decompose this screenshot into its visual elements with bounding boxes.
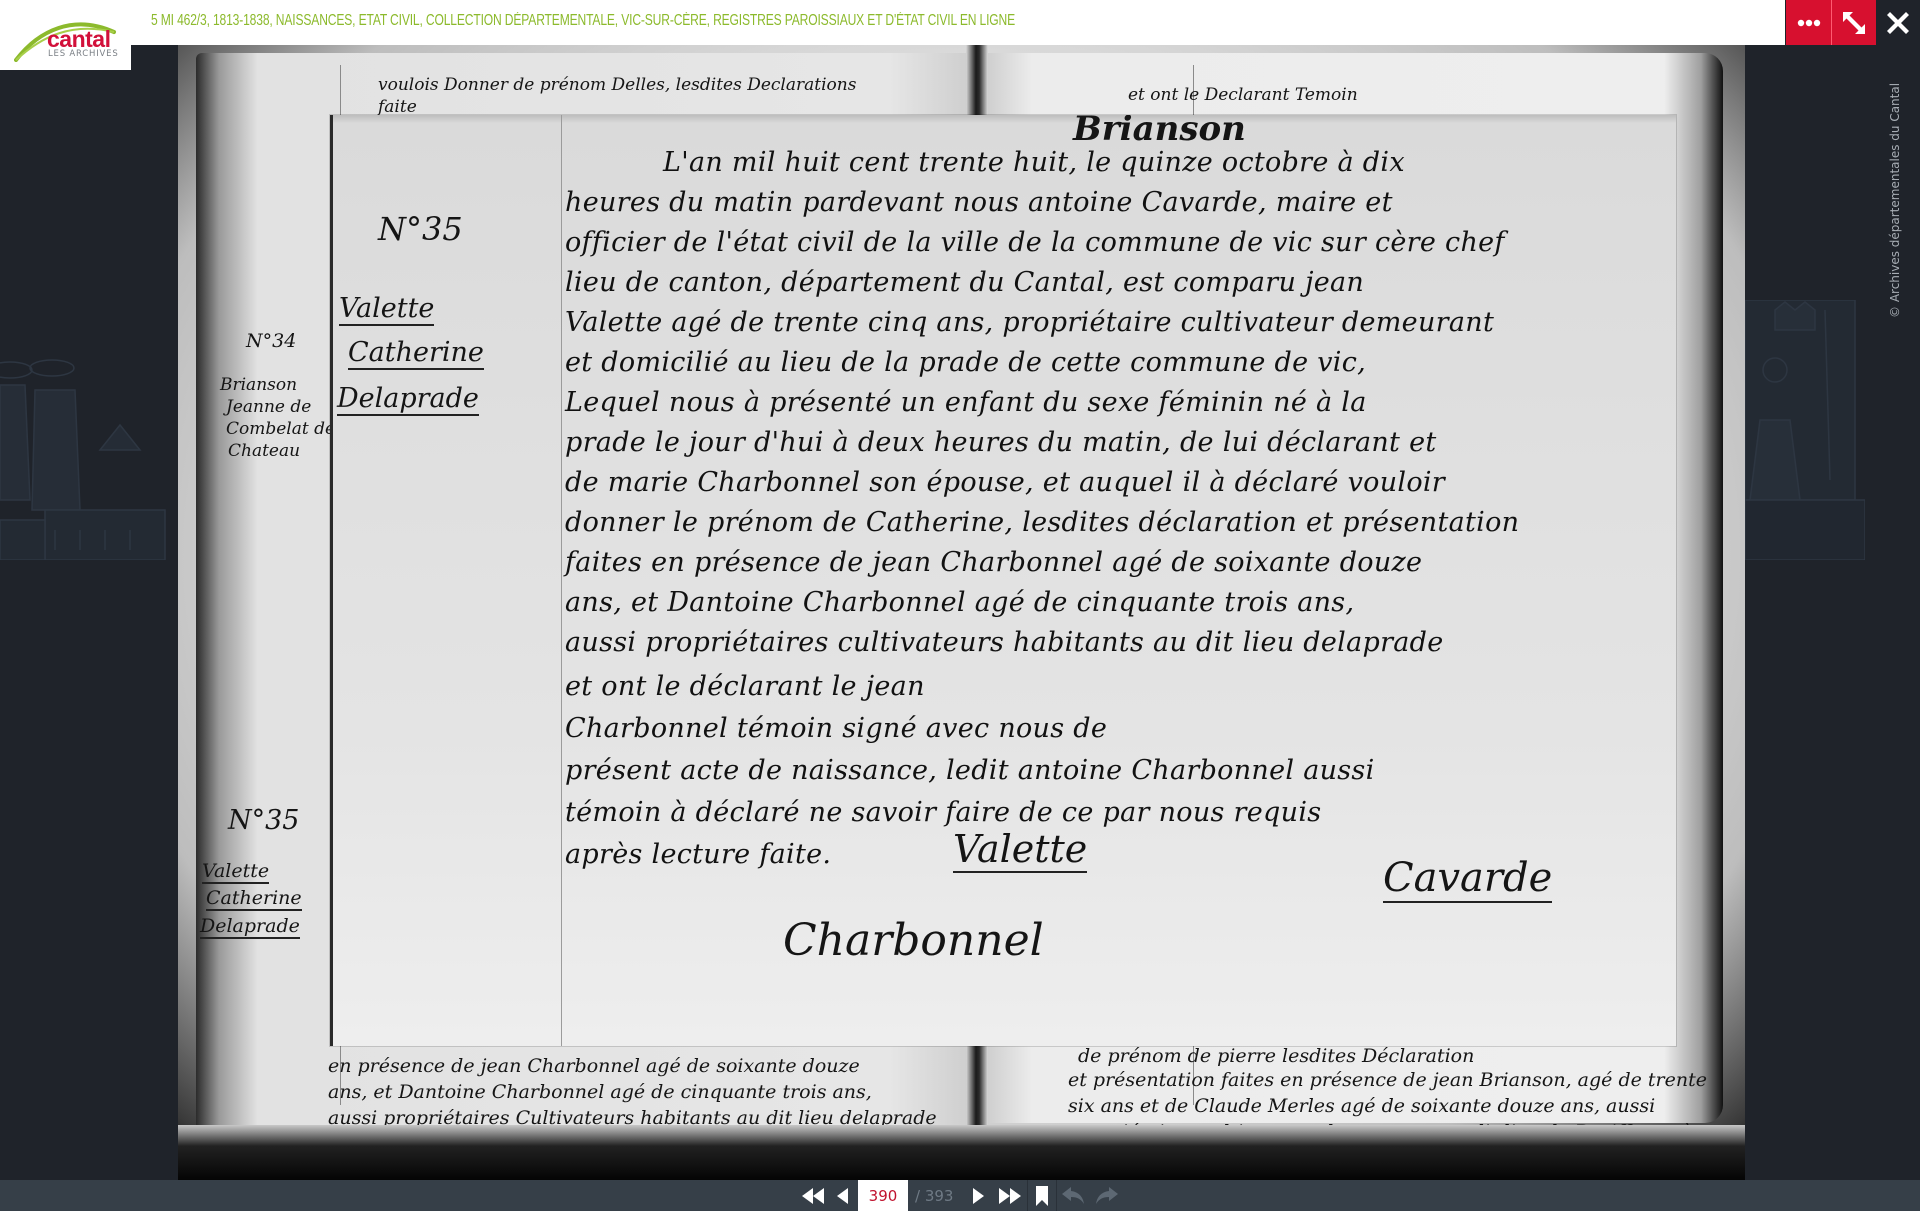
document-image-viewer[interactable]: voulois Donner de prénom Delles, lesdite…	[178, 45, 1745, 1180]
act-line-17: témoin à déclaré ne savoir faire de ce p…	[565, 797, 1321, 828]
act-line-3: officier de l'état civil de la ville de …	[565, 227, 1505, 258]
act-line-18: après lecture faite.	[565, 839, 831, 870]
next-page-icon	[973, 1188, 984, 1204]
bookmark-icon	[1036, 1186, 1048, 1206]
current-page-input[interactable]	[858, 1180, 908, 1211]
document-title: 5 MI 462/3, 1813-1838, NAISSANCES, ETAT …	[151, 12, 1015, 30]
scan-left-bottom-line-1: en présence de jean Charbonnel agé de so…	[328, 1055, 860, 1077]
magnifier-top-edge	[333, 115, 1676, 123]
scan-left-bottom-line-2: ans, et Dantoine Charbonnel agé de cinqu…	[328, 1081, 872, 1103]
previous-page-button[interactable]	[832, 1180, 852, 1211]
margin-entry-35-number: N°35	[228, 805, 299, 836]
more-options-button[interactable]	[1786, 0, 1831, 45]
margin-entry-34-name-4: Chateau	[228, 441, 300, 461]
scan-right-top-line: et ont le Declarant Temoin	[1128, 85, 1358, 105]
undo-icon	[1062, 1187, 1086, 1205]
close-x-icon	[1886, 11, 1910, 35]
toolbar-separator	[1056, 1180, 1057, 1211]
first-page-button[interactable]	[800, 1180, 826, 1211]
page-navigation-toolbar: / 393	[0, 1180, 1920, 1211]
act-line-12: ans, et Dantoine Charbonnel agé de cinqu…	[565, 587, 1354, 618]
scan-left-top-line-2: faite	[378, 97, 417, 117]
decorative-figures-illustration	[0, 330, 178, 560]
page-bottom-shadow	[178, 1125, 1745, 1180]
signature-charbonnel: Charbonnel	[783, 915, 1044, 966]
act-line-11: faites en présence de jean Charbonnel ag…	[565, 547, 1422, 578]
act-line-9: de marie Charbonnel son épouse, et auque…	[565, 467, 1445, 498]
scan-right-bottom-line-2: et présentation faites en présence de je…	[1068, 1069, 1707, 1091]
decorative-king-card-illustration	[1745, 300, 1865, 560]
act-line-4: lieu de canton, département du Cantal, e…	[565, 267, 1364, 298]
toolbar-separator	[1027, 1180, 1028, 1211]
magnifier-header-fragment: Brianson	[1073, 115, 1246, 149]
redo-icon	[1094, 1187, 1118, 1205]
margin-entry-34-number: N°34	[246, 330, 296, 352]
margin-entry-35-name-3: Delaprade	[200, 915, 300, 939]
scan-right-bottom-line-1: de prénom de pierre lesdites Déclaration	[1078, 1045, 1474, 1067]
act-line-16: présent acte de naissance, ledit antoine…	[565, 755, 1375, 786]
margin-entry-35-name-2: Catherine	[206, 887, 302, 911]
cantal-logo[interactable]: cantal LES ARCHIVES	[0, 0, 131, 70]
magnifier-margin-number: N°35	[378, 210, 463, 248]
act-line-10: donner le prénom de Catherine, lesdites …	[565, 507, 1519, 538]
signature-valette: Valette	[953, 827, 1087, 873]
copyright-notice: © Archives départementales du Cantal	[1888, 83, 1902, 318]
previous-page-icon	[837, 1188, 848, 1204]
act-line-2: heures du matin pardevant nous antoine C…	[565, 187, 1393, 218]
close-button[interactable]	[1876, 0, 1920, 45]
act-line-1: L'an mil huit cent trente huit, le quinz…	[663, 147, 1405, 178]
expand-arrows-icon	[1840, 9, 1868, 37]
scan-left-top-line-1: voulois Donner de prénom Delles, lesdite…	[378, 75, 856, 95]
undo-button[interactable]	[1060, 1180, 1088, 1211]
margin-entry-34-name-1: Brianson	[220, 375, 297, 395]
margin-entry-35-name-1: Valette	[202, 860, 269, 884]
first-page-icon	[802, 1188, 824, 1204]
scan-right-bottom-line-3: six ans et de Claude Merles agé de soixa…	[1068, 1095, 1655, 1117]
last-page-button[interactable]	[996, 1180, 1024, 1211]
redo-button[interactable]	[1092, 1180, 1120, 1211]
act-line-8: prade le jour d'hui à deux heures du mat…	[565, 427, 1437, 458]
magnifier-lens[interactable]: Brianson N°35 Valette Catherine Delaprad…	[330, 115, 1676, 1046]
margin-entry-34-name-2: Jeanne de	[226, 397, 311, 417]
magnifier-margin-line	[561, 115, 562, 1046]
bookmark-button[interactable]	[1031, 1180, 1053, 1211]
signature-cavarde: Cavarde	[1383, 855, 1552, 903]
ellipsis-icon	[1797, 19, 1821, 27]
total-pages-label: / 393	[915, 1187, 953, 1205]
logo-subtitle: LES ARCHIVES	[48, 49, 119, 59]
last-page-icon	[999, 1188, 1021, 1204]
act-line-14: et ont le déclarant le jean	[565, 671, 925, 702]
next-page-button[interactable]	[968, 1180, 988, 1211]
magnifier-margin-name-1: Valette	[339, 293, 434, 326]
act-line-5: Valette agé de trente cinq ans, propriét…	[565, 307, 1494, 338]
margin-entry-34-name-3: Combelat de	[226, 419, 335, 439]
act-line-15: Charbonnel témoin signé avec nous de	[565, 713, 1107, 744]
fullscreen-button[interactable]	[1831, 0, 1876, 45]
archive-viewer-app: cantal LES ARCHIVES 5 MI 462/3, 1813-183…	[0, 0, 1920, 1211]
act-line-7: Lequel nous à présenté un enfant du sexe…	[565, 387, 1367, 418]
act-line-13: aussi propriétaires cultivateurs habitan…	[565, 627, 1444, 658]
magnifier-margin-name-2: Catherine	[348, 337, 484, 370]
act-line-6: et domicilié au lieu de la prade de cett…	[565, 347, 1366, 378]
magnifier-margin-name-3: Delaprade	[337, 383, 479, 416]
